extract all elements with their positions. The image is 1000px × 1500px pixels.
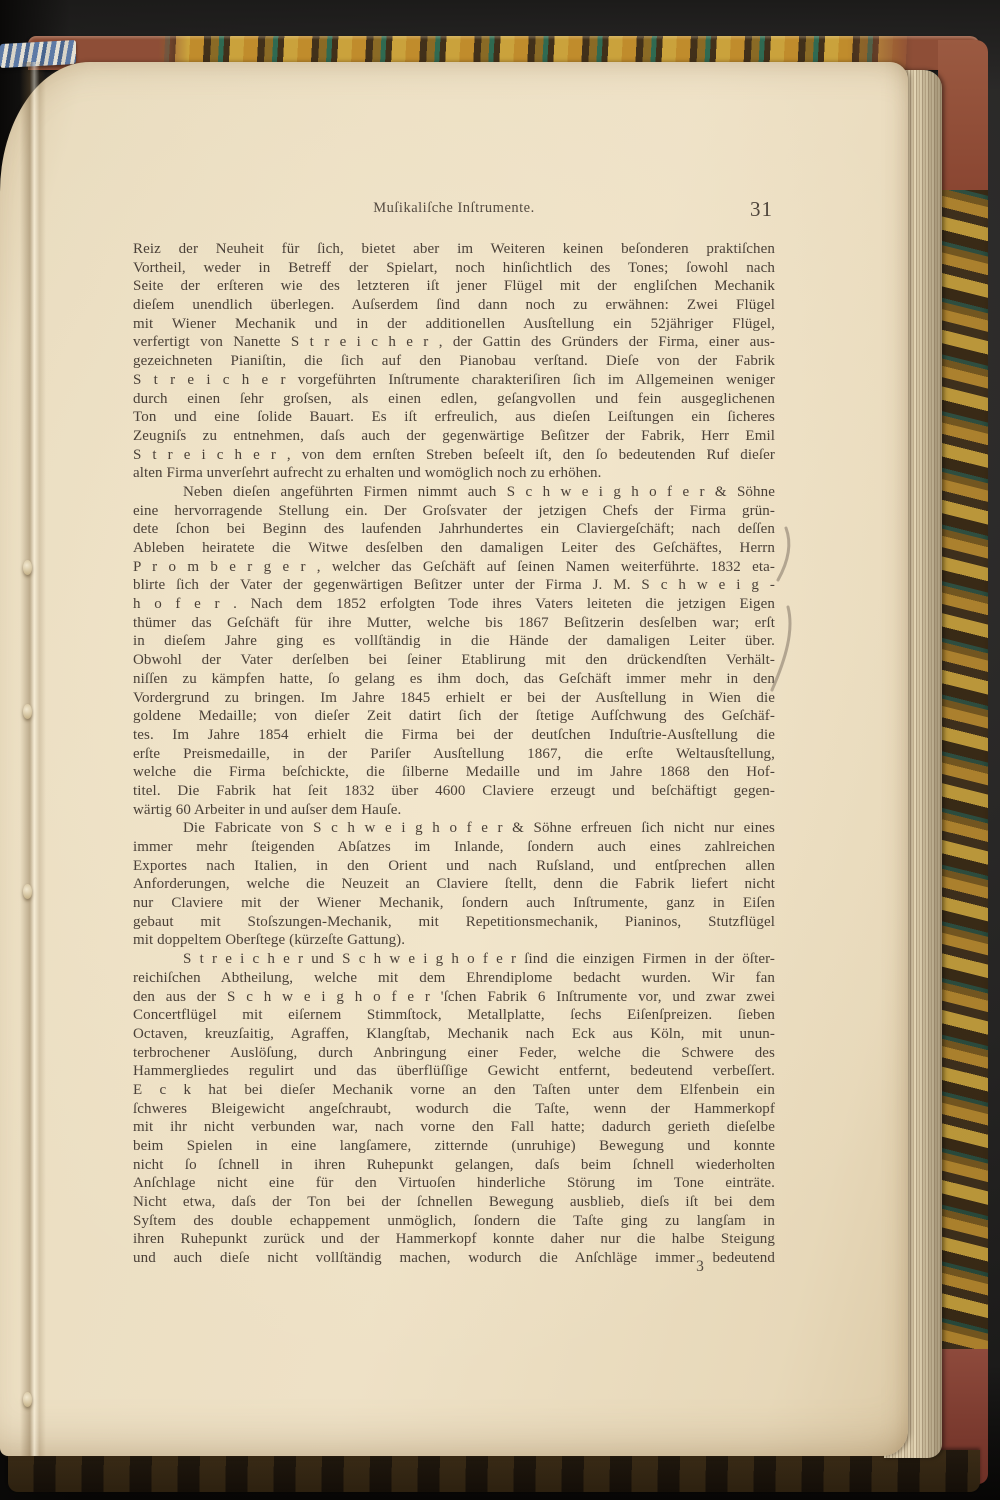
- text-line: tes. Im Jahre 1854 erhielt die Firma bei…: [133, 726, 775, 745]
- text-line: thümer das Geſchäft für ihre Mutter, wel…: [133, 614, 775, 633]
- text-line: Seite der erſteren wie des letzteren iſt…: [133, 277, 775, 296]
- text-line: Obwohl der Vater derſelben bei ſeiner Et…: [133, 651, 775, 670]
- binding-thread: [23, 1392, 32, 1407]
- text-line: gebaut mit Stoſszungen-Mechanik, mit Rep…: [133, 913, 775, 932]
- text-line: h o f e r . Nach dem 1852 erfolgten Tode…: [133, 595, 775, 614]
- leather-corner-top: [938, 40, 988, 190]
- text-line: durch einen ſehr groſsen, als einen edle…: [133, 390, 775, 409]
- text-line: Vordergrund zu bringen. Im Jahre 1845 er…: [133, 689, 775, 708]
- text-line: Vortheil, weder in Betreff der Spielart,…: [133, 259, 775, 278]
- text-line: mit doppeltem Oberſtege (kürzeſte Gattun…: [133, 931, 775, 950]
- gutter-fold: [20, 62, 46, 1456]
- text-line: dieſem unendlich überlegen. Auſserdem ſi…: [133, 296, 775, 315]
- book-page: Muſikaliſche Inſtrumente. 31 Reiz der Ne…: [0, 62, 908, 1456]
- pencil-margin-marks: [750, 462, 806, 702]
- text-line: Neben dieſen angeführten Firmen nimmt au…: [133, 483, 775, 502]
- text-line: Exportes nach Italien, in den Orient und…: [133, 857, 775, 876]
- book-cover-right-edge: [938, 40, 988, 1484]
- text-line: E c k hat bei dieſer Mechanik vorne an d…: [133, 1081, 775, 1100]
- text-line: blirte ſich der Vater der gegenwärtigen …: [133, 576, 775, 595]
- text-line: P r o m b e r g e r , welcher das Geſchä…: [133, 558, 775, 577]
- text-line: Reiz der Neuheit für ſich, bietet aber i…: [133, 240, 775, 259]
- text-line: beim Spielen in eine langſamere, zittern…: [133, 1137, 775, 1156]
- text-line: ihren Ruhepunkt zurück und der Hammerkop…: [133, 1230, 775, 1249]
- text-line: mit ihr nicht verbunden war, nach vorne …: [133, 1118, 775, 1137]
- book-cover-bottom-edge: [8, 1450, 980, 1492]
- text-line: den aus der S c h w e i g h o f e r 'ſch…: [133, 988, 775, 1007]
- marbled-board: [938, 190, 988, 1349]
- text-line: Nicht etwa, daſs der Ton bei der ſchnell…: [133, 1193, 775, 1212]
- text-line: dete ſchon bei Beginn des laufenden Jahr…: [133, 520, 775, 539]
- text-line: welche die Firma beſchickte, die ſilbern…: [133, 763, 775, 782]
- text-line: Anſchlage nicht eine für den Virtuoſen h…: [133, 1174, 775, 1193]
- text-line: terbrochener Auslöſung, durch Anbringung…: [133, 1044, 775, 1063]
- text-line: eine hervorragende Stellung ein. Der Gro…: [133, 502, 775, 521]
- photo-background: Muſikaliſche Inſtrumente. 31 Reiz der Ne…: [0, 0, 1000, 1500]
- text-line: titel. Die Fabrik hat ſeit 1832 über 460…: [133, 782, 775, 801]
- binding-thread: [23, 560, 32, 575]
- text-line: Ableben heiratete die Witwe desſelben de…: [133, 539, 775, 558]
- text-line: Zeugniſs zu entnehmen, daſs auch der geg…: [133, 427, 775, 446]
- text-line: immer mehr ſteigenden Abſatzes im Inland…: [133, 838, 775, 857]
- text-line: Octaven, kreuzſaitig, Agraffen, Klangſta…: [133, 1025, 775, 1044]
- text-line: Concertflügel mit eiſernem Stimmſtock, M…: [133, 1006, 775, 1025]
- text-line: alten Firma unverſehrt aufrecht zu erhal…: [133, 464, 775, 483]
- signature-mark: 3: [670, 1258, 730, 1276]
- page-number: 31: [750, 197, 773, 222]
- text-line: reichiſchen Abtheilung, welche mit dem E…: [133, 969, 775, 988]
- body-text: Reiz der Neuheit für ſich, bietet aber i…: [133, 240, 775, 1268]
- text-line: nicht ſo ſchnell in ihren Ruhepunkt gela…: [133, 1156, 775, 1175]
- text-line: Hammergliedes regulirt und das überflüſſ…: [133, 1062, 775, 1081]
- text-line: Die Fabricate von S c h w e i g h o f e …: [133, 819, 775, 838]
- text-line: goldene Medaille; von dieſer Zeit datirt…: [133, 707, 775, 726]
- running-title: Muſikaliſche Inſtrumente.: [133, 200, 775, 217]
- text-line: S t r e i c h e r und S c h w e i g h o …: [133, 950, 775, 969]
- text-line: S t r e i c h e r vorgeführten Inſtrumen…: [133, 371, 775, 390]
- text-line: ſchweres Bleigewicht angeſchraubt, wodur…: [133, 1100, 775, 1119]
- text-line: niſſen zu kämpfen hatte, ſo gelang es ih…: [133, 670, 775, 689]
- text-line: Syſtem des double echappement unmöglich,…: [133, 1212, 775, 1231]
- page-header: Muſikaliſche Inſtrumente. 31: [133, 200, 775, 228]
- text-line: erſte Preismedaille, in der Pariſer Ausſ…: [133, 745, 775, 764]
- text-line: in dieſem Jahre ging es vollſtändig in d…: [133, 632, 775, 651]
- text-line: Ton und eine ſolide Bauart. Es iſt erfre…: [133, 408, 775, 427]
- headband: [0, 40, 76, 68]
- text-line: verfertigt von Nanette S t r e i c h e r…: [133, 333, 775, 352]
- text-line: S t r e i c h e r , von dem ernſten Stre…: [133, 446, 775, 465]
- text-line: nur Claviere mit der Wiener Mechanik, ſo…: [133, 894, 775, 913]
- text-line: mit Wiener Mechanik und in der additione…: [133, 315, 775, 334]
- text-line: wärtig 60 Arbeiter in und auſser dem Hau…: [133, 801, 775, 820]
- binding-thread: [23, 704, 32, 719]
- text-line: gezeichneten Pianiſtin, die ſich auf den…: [133, 352, 775, 371]
- text-line: Anforderungen, welche die Neuzeit an Cla…: [133, 875, 775, 894]
- binding-thread: [23, 884, 32, 899]
